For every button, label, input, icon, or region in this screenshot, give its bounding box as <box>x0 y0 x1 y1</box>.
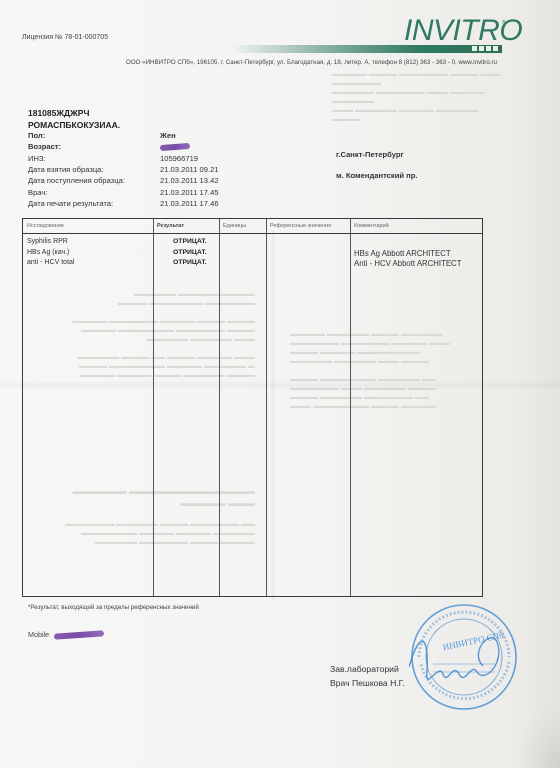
field-label: Дата взятия образца: <box>28 165 104 174</box>
mobile-label: Mobile <box>28 630 49 639</box>
field-label: Пол: <box>28 131 45 140</box>
office-location: м. Комендантский пр. <box>336 171 418 180</box>
header-units: Единицы <box>223 223 246 229</box>
signature-name: Врач Пешкова Н.Г. <box>330 678 405 688</box>
field-value: 105966719 <box>160 154 198 163</box>
table-cell-test: anti - HCV total <box>27 259 74 266</box>
company-address: ООО «ИНВИТРО СПб», 196105, г. Санкт-Пете… <box>126 59 497 66</box>
field-value: 21.03.2011 17.45 <box>160 188 219 197</box>
field-label: Дата поступления образца: <box>28 176 125 185</box>
table-cell-comment: Anti - HCV Abbott ARCHITECT <box>354 259 461 268</box>
registered-mark: ® <box>502 20 506 26</box>
table-cell-test: HBs Ag (кач.) <box>27 249 70 256</box>
table-cell-result: ОТРИЦАТ. <box>173 238 207 245</box>
table-header-divider <box>23 233 482 234</box>
header-test: Исследование <box>27 223 64 229</box>
redaction-mark <box>160 143 190 151</box>
field-label: Врач: <box>28 188 47 197</box>
header-comment: Комментарий <box>354 223 389 229</box>
license-number: Лицензия № 78-01-000705 <box>22 34 108 41</box>
brand-band <box>230 45 502 53</box>
redaction-mark <box>54 630 104 639</box>
logo-squares-icon <box>472 46 498 51</box>
field-value: Жен <box>160 131 176 140</box>
page-curl <box>520 708 560 768</box>
show-through-text: ▬▬▬▬▬ ▬▬▬▬ ▬▬▬▬▬▬▬ ▬▬▬▬ ▬▬▬ ▬▬▬▬▬▬▬▬▬▬▬▬… <box>332 70 502 124</box>
field-value: 21.03.2011 09.21 <box>160 165 219 174</box>
city: г.Санкт-Петербург <box>336 150 404 159</box>
header-result: Результат <box>157 223 184 229</box>
table-cell-comment: HBs Ag Abbott ARCHITECT <box>354 249 451 258</box>
patient-code: 181085ЖДЖРЧ <box>28 108 89 118</box>
column-divider <box>219 219 220 596</box>
field-label: Дата печати результата: <box>28 199 113 208</box>
field-label: ИНЗ: <box>28 154 46 163</box>
signature-title: Зав.лабораторий <box>330 664 399 674</box>
table-cell-result: ОТРИЦАТ. <box>173 259 207 266</box>
lab-stamp-icon: ИНВИТРО СПб <box>409 602 519 712</box>
patient-name: РОМАСПБКОКУЗИАА. <box>28 120 120 130</box>
table-cell-test: Syphilis RPR <box>27 238 68 245</box>
column-divider <box>266 219 267 596</box>
table-cell-result: ОТРИЦАТ. <box>173 249 207 256</box>
svg-text:ИНВИТРО СПб: ИНВИТРО СПб <box>442 630 505 653</box>
field-value: 21.03.2011 17.46 <box>160 199 219 208</box>
column-divider <box>153 219 154 596</box>
field-label: Возраст: <box>28 142 61 151</box>
header-reference: Референсные значения <box>270 223 331 229</box>
lab-result-page: ▬▬▬▬▬ ▬▬▬▬ ▬▬▬▬▬▬▬ ▬▬▬▬ ▬▬▬ ▬▬▬▬▬▬▬▬▬▬▬▬… <box>0 0 560 768</box>
results-table: Исследование Результат Единицы Референсн… <box>22 218 483 597</box>
footnote: *Результат, выходящий за пределы референ… <box>28 604 199 611</box>
field-value: 21.03.2011 13.42 <box>160 176 219 185</box>
column-divider <box>350 219 351 596</box>
